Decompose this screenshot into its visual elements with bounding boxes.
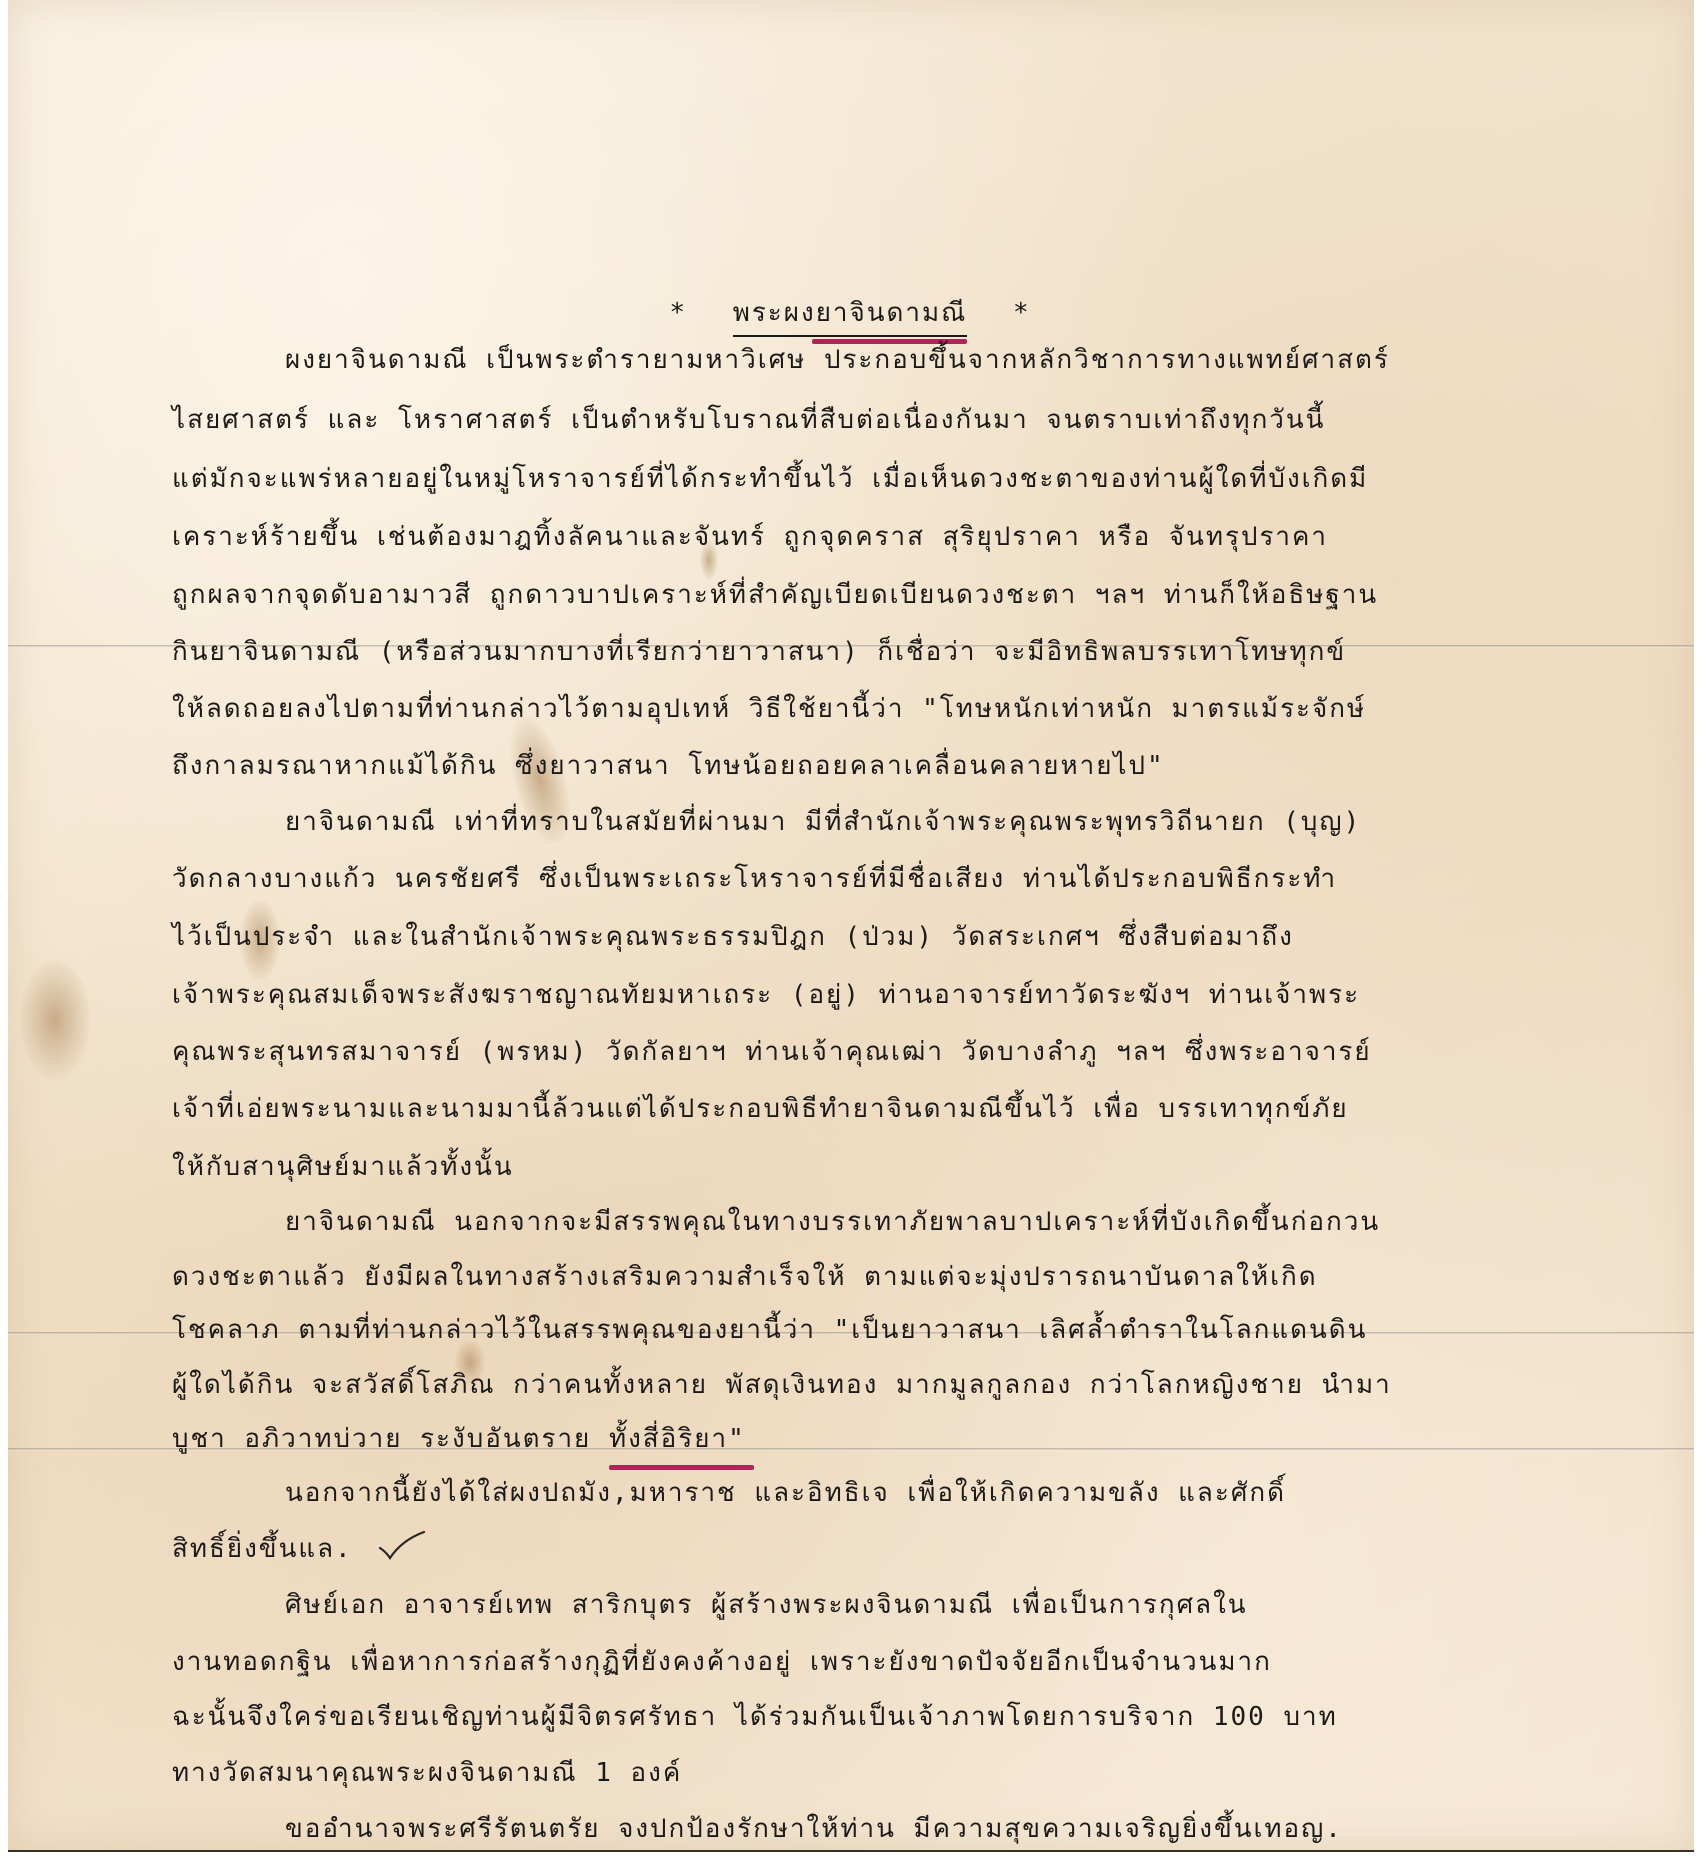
text-line-with-underline: บูชา อภิวาทบ่วาย ระงับอันตราย ทั้งสี่อิร… [172, 1422, 1552, 1456]
text-line: เจ้าที่เอ่ยพระนามและนามมานี้ล้วนแต่ได้ปร… [172, 1092, 1552, 1126]
text-line: นอกจากนี้ยังได้ใส่ผงปถมัง,มหาราช และอิทธ… [285, 1476, 1552, 1510]
text-line: โชคลาภ ตามที่ท่านกล่าวไว้ในสรรพคุณของยาน… [172, 1313, 1552, 1347]
text-line: ผู้ใดได้กิน จะสวัสดิ์โสภิณ กว่าคนทั้งหลา… [172, 1368, 1552, 1402]
text-line: ทางวัดสมนาคุณพระผงจินดามณี 1 องค์ [172, 1756, 1552, 1790]
water-stain [20, 960, 90, 1080]
text-line: ถูกผลจากจุดดับอามาวสี ถูกดาวบาปเคราะห์ที… [172, 578, 1552, 612]
text-line: บูชา อภิวาทบ่วาย ระงับอันตราย ทั้งสี่อิร… [172, 1424, 746, 1454]
text-line: ยาจินดามณี นอกจากจะมีสรรพคุณในทางบรรเทาภ… [285, 1205, 1552, 1239]
document-title: พระผงยาจินดามณี [733, 292, 968, 337]
text-line: ถึงกาลมรณาหากแม้ได้กิน ซึ่งยาวาสนา โทษน้… [172, 749, 1552, 783]
text-line: ศิษย์เอก อาจารย์เทพ สาริกบุตร ผู้สร้างพร… [285, 1588, 1552, 1622]
text-line: คุณพระสุนทรสมาจารย์ (พรหม) วัดกัลยาฯ ท่า… [172, 1035, 1552, 1069]
text-line: ขออำนาจพระศรีรัตนตรัย จงปกป้องรักษาให้ท่… [285, 1812, 1552, 1846]
text-line: ฉะนั้นจึงใคร่ขอเรียนเชิญท่านผู้มีจิตรศรั… [172, 1700, 1552, 1734]
text-line: กินยาจินดามณี (หรือส่วนมากบางที่เรียกว่า… [172, 635, 1552, 669]
text-line: เคราะห์ร้ายขึ้น เช่นต้องมาฎทิ้งลัคนาและจ… [172, 520, 1552, 554]
checkmark-icon [378, 1530, 426, 1560]
text-line: ผงยาจินดามณี เป็นพระตำรายามหาวิเศษ ประกอ… [285, 343, 1552, 377]
text-line: วัดกลางบางแก้ว นครชัยศรี ซึ่งเป็นพระเถระ… [172, 862, 1552, 896]
text-line: ไว้เป็นประจำ และในสำนักเจ้าพระคุณพระธรรม… [172, 920, 1552, 954]
text-line: ไสยศาสตร์ และ โหราศาสตร์ เป็นตำหรับโบราณ… [172, 403, 1552, 437]
star-icon: * [1013, 298, 1031, 328]
text-line: ให้กับสานุศิษย์มาแล้วทั้งนั้น [172, 1150, 1552, 1184]
text-line: ดวงชะตาแล้ว ยังมีผลในทางสร้างเสริมความสำ… [172, 1260, 1552, 1294]
text-line: ยาจินดามณี เท่าที่ทราบในสมัยที่ผ่านมา มี… [285, 805, 1552, 839]
text-line: งานทอดกฐิน เพื่อหาการก่อสร้างกุฏิที่ยังค… [172, 1645, 1552, 1679]
paper-bottom-edge [8, 1850, 1694, 1852]
title-row: * พระผงยาจินดามณี * [0, 292, 1700, 337]
text-line: เจ้าพระคุณสมเด็จพระสังฆราชญาณทัยมหาเถระ … [172, 978, 1552, 1012]
red-underlined-phrase: ทั้งสี่อิริยา" [609, 1422, 746, 1456]
text-line: ให้ลดถอยลงไปตามที่ท่านกล่าวไว้ตามอุปเทห์… [172, 692, 1552, 726]
star-icon: * [669, 298, 687, 328]
text-line: แต่มักจะแพร่หลายอยู่ในหมู่โหราจารย์ที่ได… [172, 462, 1552, 496]
